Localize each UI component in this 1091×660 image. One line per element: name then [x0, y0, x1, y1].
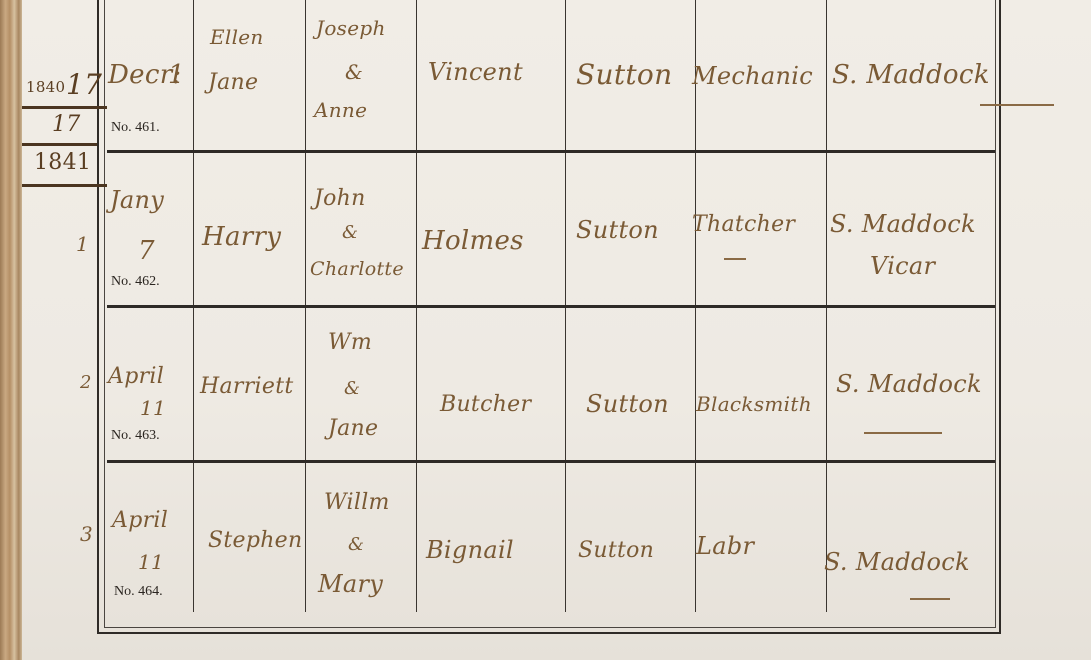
entry-occupation: Mechanic [692, 62, 813, 90]
entry-register-number: No. 464. [114, 584, 163, 600]
margin-count-top: 17 [66, 68, 102, 101]
entry-occupation: Blacksmith [696, 392, 812, 416]
officiant-underline [910, 598, 950, 600]
entry-register-number: No. 462. [111, 274, 160, 290]
entry-parents-ampersand: & [345, 60, 363, 84]
entry-child-name: Ellen [210, 25, 264, 49]
entry-date-month: April [108, 364, 164, 389]
entry-officiant: S. Maddock [836, 370, 982, 398]
margin-count-carried: 17 [52, 112, 81, 137]
officiant-underline [864, 432, 942, 434]
row-counter-3: 3 [80, 522, 93, 546]
entry-date-month: April [112, 508, 168, 533]
entry-surname: Vincent [428, 58, 523, 86]
entry-register-number: No. 461. [111, 120, 160, 136]
entry-parents-ampersand: & [348, 534, 364, 555]
entry-date-day: 11 [140, 396, 166, 420]
entry-occupation: Labr [696, 532, 754, 560]
entry-mother-name: Mary [318, 570, 383, 598]
entry-surname: Holmes [422, 226, 524, 256]
margin-rule-2 [22, 143, 97, 146]
entry-officiant-title: Vicar [870, 252, 935, 280]
margin-rule-1 [22, 106, 107, 109]
entry-father-name: Willm [324, 490, 390, 515]
entry-officiant: S. Maddock [824, 548, 970, 576]
entry-abode: Sutton [586, 390, 669, 418]
entry-officiant: S. Maddock [830, 210, 976, 238]
entry-surname: Bignail [426, 536, 514, 564]
entry-surname: Butcher [440, 392, 531, 417]
entry-abode: Sutton [578, 538, 654, 563]
officiant-flourish [980, 104, 1054, 106]
entry-parents-ampersand: & [344, 378, 360, 399]
entry-child-name-2: Jane [208, 70, 258, 95]
occupation-dash [724, 258, 746, 260]
entry-father-name: Joseph [316, 16, 386, 40]
entry-date-month: Jany [110, 186, 164, 214]
book-binding [0, 0, 22, 660]
row-rule-1 [107, 150, 995, 153]
entry-date-day: 11 [138, 550, 164, 574]
margin-year-1840: 1840 [26, 78, 65, 96]
entry-child-name: Harry [202, 222, 281, 252]
entry-date-day: 7 [138, 236, 155, 266]
entry-parents-ampersand: & [342, 222, 358, 243]
entry-mother-name: Charlotte [310, 258, 404, 280]
entry-occupation: Thatcher [692, 212, 795, 237]
entry-father-name: Wm [328, 330, 372, 355]
row-rule-3 [107, 460, 995, 463]
entry-register-number: No. 463. [111, 428, 160, 444]
entry-mother-name: Anne [314, 98, 367, 122]
entry-officiant: S. Maddock [832, 60, 990, 90]
margin-year-1841: 1841 [34, 150, 91, 175]
entry-child-name: Harriett [200, 374, 293, 399]
entry-abode: Sutton [576, 58, 672, 91]
row-counter-2: 2 [80, 372, 92, 393]
entry-mother-name: Jane [328, 416, 378, 441]
entry-father-name: John [314, 186, 366, 211]
row-counter-1: 1 [76, 232, 89, 256]
row-rule-2 [107, 305, 995, 308]
margin-rule-3 [22, 184, 107, 187]
entry-child-name: Stephen [208, 528, 302, 553]
entry-abode: Sutton [576, 216, 659, 244]
entry-date-day: 1 [168, 60, 185, 90]
